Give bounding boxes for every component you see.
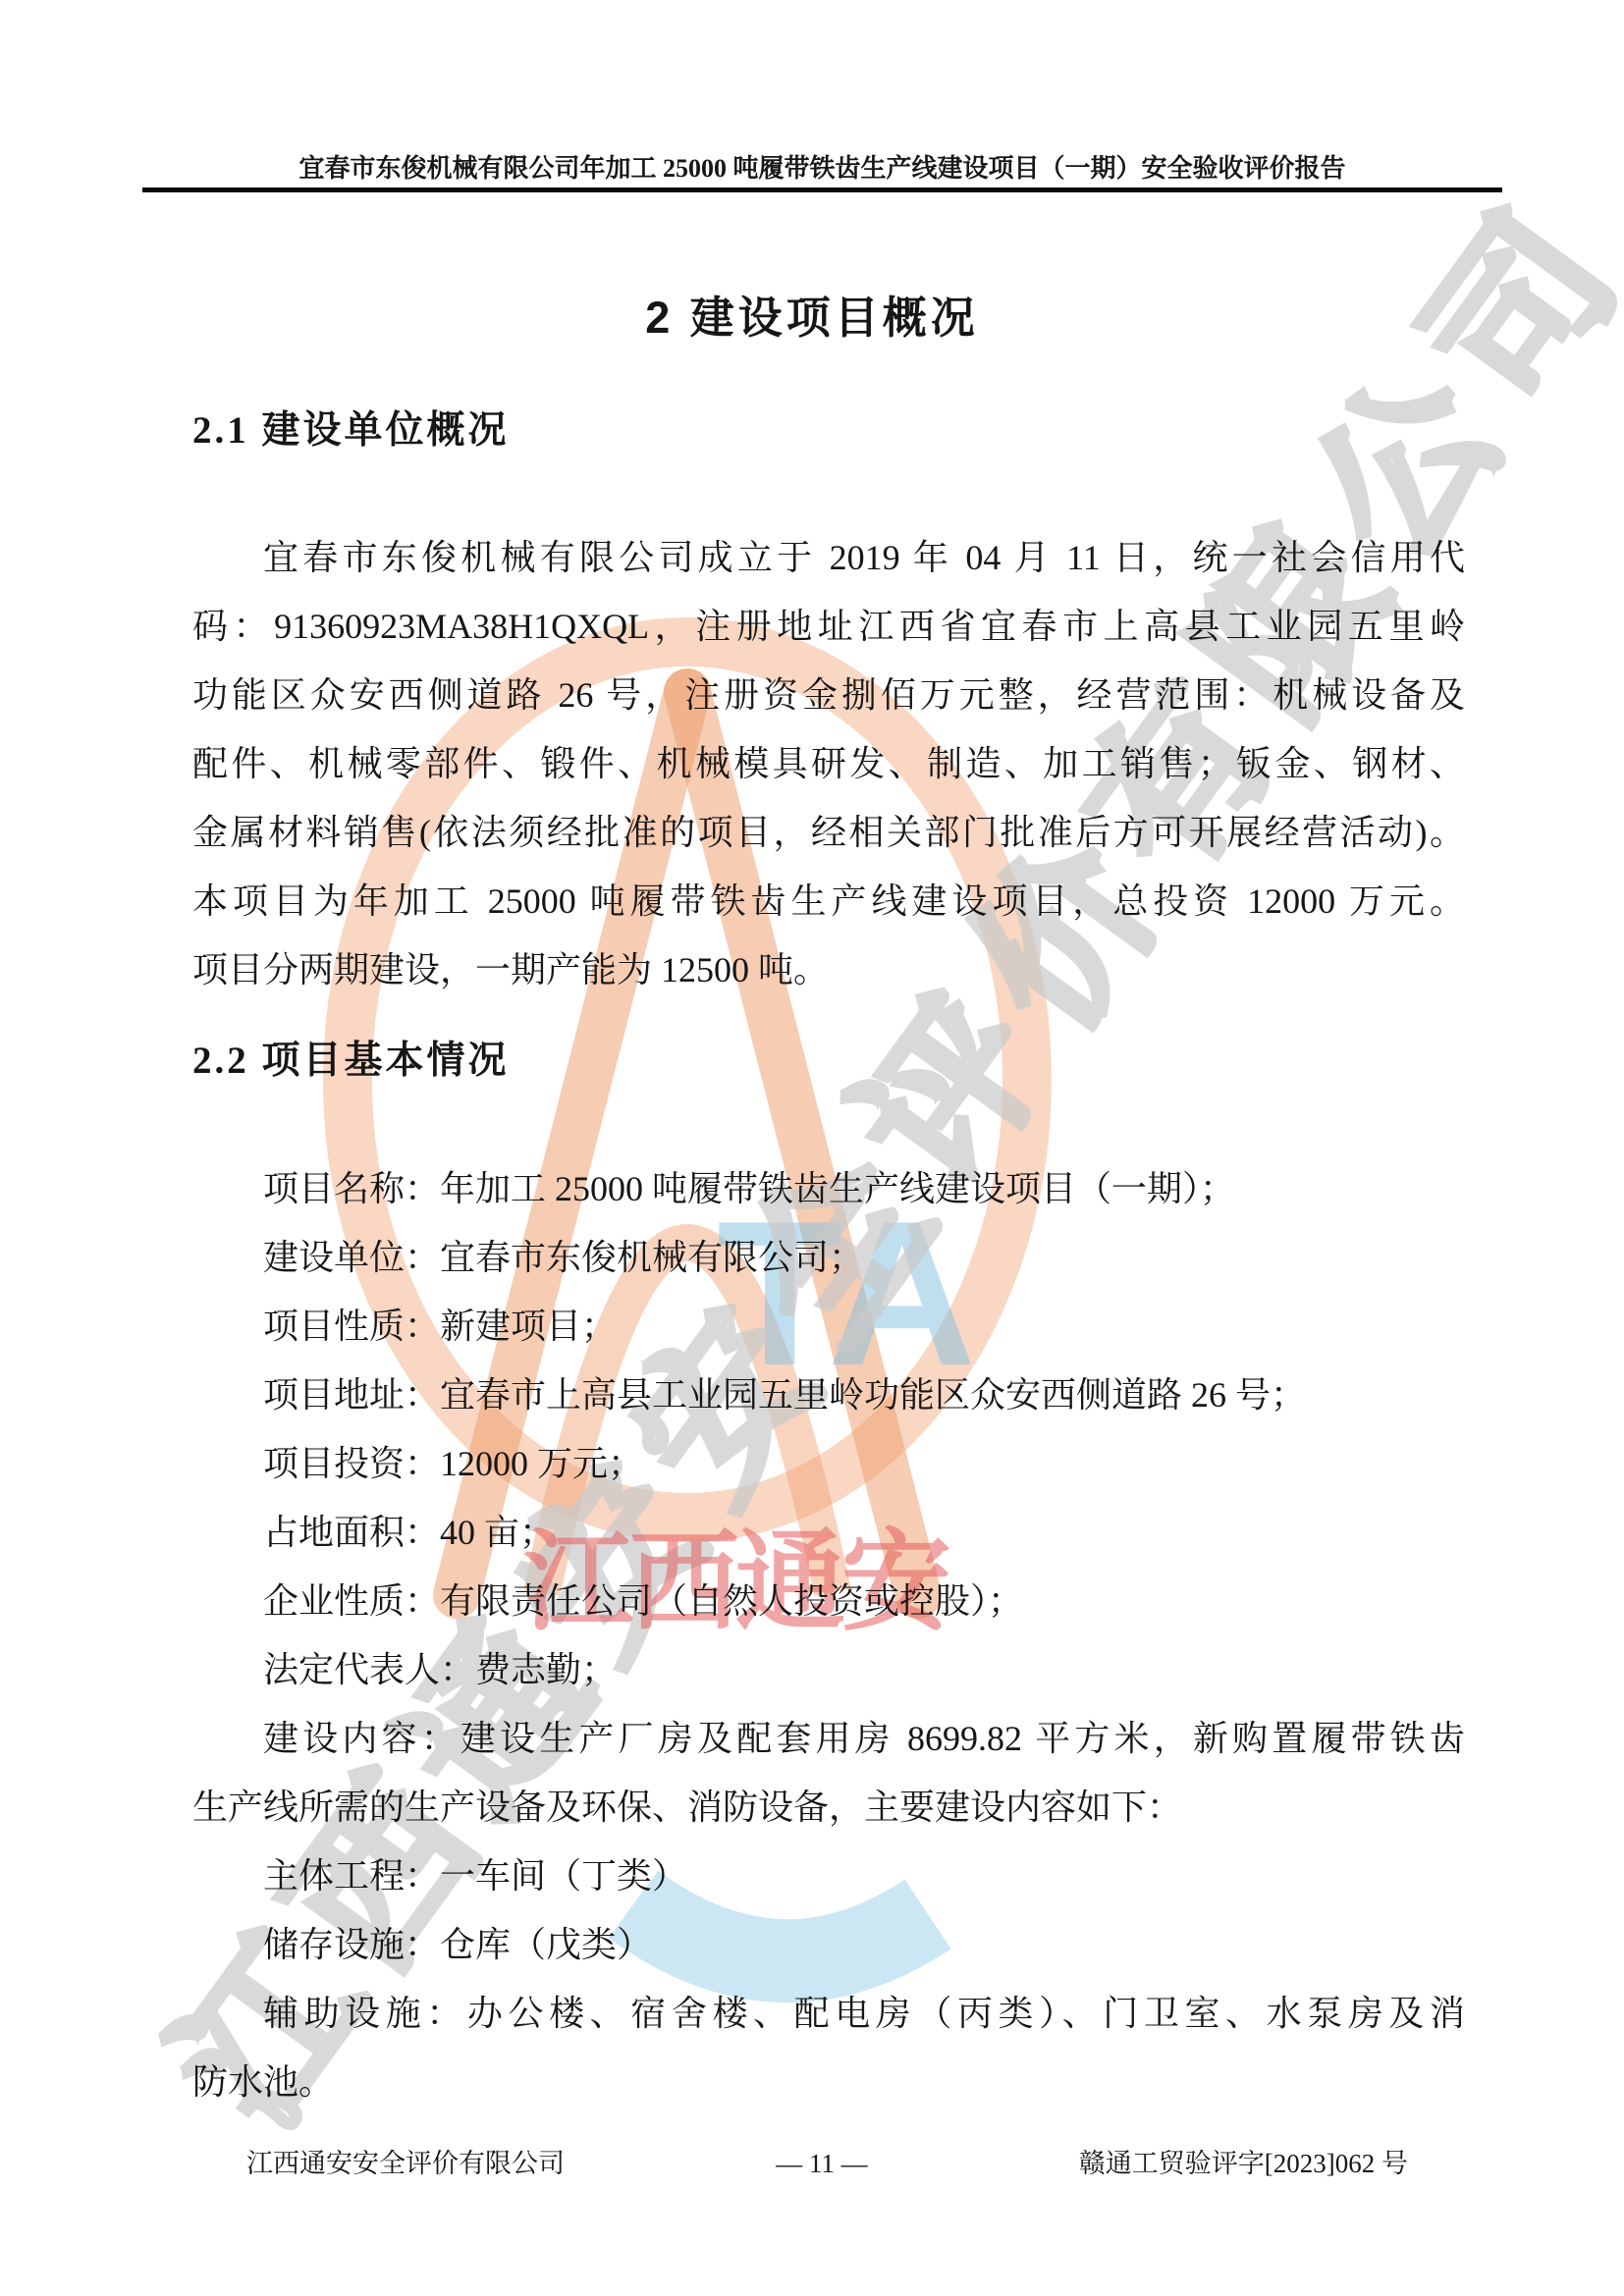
list-line: 储存设施：仓库（戊类）	[192, 1910, 1465, 1979]
list-line: 企业性质：有限责任公司（自然人投资或控股）；	[192, 1567, 1465, 1635]
page-header: 宜春市东俊机械有限公司年加工 25000 吨履带铁齿生产线建设项目（一期）安全验…	[142, 153, 1502, 192]
paragraph-line: 项目分两期建设，一期产能为 12500 吨。	[192, 935, 1465, 1004]
section-heading-2-1: 2.1 建设单位概况	[192, 408, 510, 454]
paragraph-line: 码：91360923MA38H1QXQL，注册地址江西省宜春市上高县工业园五里岭	[192, 592, 1465, 661]
paragraph-line: 金属材料销售(依法须经批准的项目，经相关部门批准后方可开展经营活动)。	[192, 798, 1465, 867]
report-page: TA 江西通安安全评价有限公司 江西通安 宜春市东俊机械有限公司年加工 2500…	[0, 0, 1624, 2296]
list-line: 建设单位：宜春市东俊机械有限公司；	[192, 1223, 1465, 1292]
paragraph-line: 本项目为年加工 25000 吨履带铁齿生产线建设项目，总投资 12000 万元。	[192, 867, 1465, 935]
list-line: 项目地址：宜春市上高县工业园五里岭功能区众安西侧道路 26 号；	[192, 1361, 1465, 1429]
paragraph-line: 配件、机械零部件、锻件、机械模具研发、制造、加工销售；钣金、钢材、	[192, 729, 1465, 798]
list-line: 辅助设施：办公楼、宿舍楼、配电房（丙类）、门卫室、水泵房及消	[192, 1979, 1465, 2048]
paragraph-line: 宜春市东俊机械有限公司成立于 2019 年 04 月 11 日，统一社会信用代	[192, 523, 1465, 592]
footer-page-number: — 11 —	[776, 2146, 868, 2181]
footer-doc-number: 赣通工贸验评字[2023]062 号	[1079, 2146, 1465, 2181]
section-heading-2-2: 2.2 项目基本情况	[192, 1039, 510, 1084]
page-footer: 江西通安安全评价有限公司 — 11 — 赣通工贸验评字[2023]062 号	[192, 2146, 1465, 2181]
section-2-2-list: 项目名称：年加工 25000 吨履带铁齿生产线建设项目（一期）；建设单位：宜春市…	[192, 1154, 1465, 2116]
list-line: 项目投资：12000 万元；	[192, 1429, 1465, 1498]
document-content: 宜春市东俊机械有限公司年加工 25000 吨履带铁齿生产线建设项目（一期）安全验…	[0, 0, 1624, 2296]
paragraph-line: 功能区众安西侧道路 26 号，注册资金捌佰万元整，经营范围：机械设备及	[192, 661, 1465, 729]
list-line: 生产线所需的生产设备及环保、消防设备，主要建设内容如下：	[192, 1773, 1465, 1842]
header-title: 宜春市东俊机械有限公司年加工 25000 吨履带铁齿生产线建设项目（一期）安全验…	[298, 154, 1345, 183]
chapter-title: 2 建设项目概况	[0, 282, 1624, 346]
list-line: 项目性质：新建项目；	[192, 1292, 1465, 1361]
list-line: 占地面积：40 亩；	[192, 1498, 1465, 1567]
list-line: 法定代表人：费志勤；	[192, 1635, 1465, 1704]
section-2-1-paragraph: 宜春市东俊机械有限公司成立于 2019 年 04 月 11 日，统一社会信用代码…	[192, 523, 1465, 1004]
list-line: 建设内容：建设生产厂房及配套用房 8699.82 平方米，新购置履带铁齿	[192, 1704, 1465, 1773]
list-line: 项目名称：年加工 25000 吨履带铁齿生产线建设项目（一期）；	[192, 1154, 1465, 1223]
list-line: 主体工程：一车间（丁类）	[192, 1842, 1465, 1910]
list-line: 防水池。	[192, 2048, 1465, 2116]
footer-company: 江西通安安全评价有限公司	[192, 2146, 565, 2181]
